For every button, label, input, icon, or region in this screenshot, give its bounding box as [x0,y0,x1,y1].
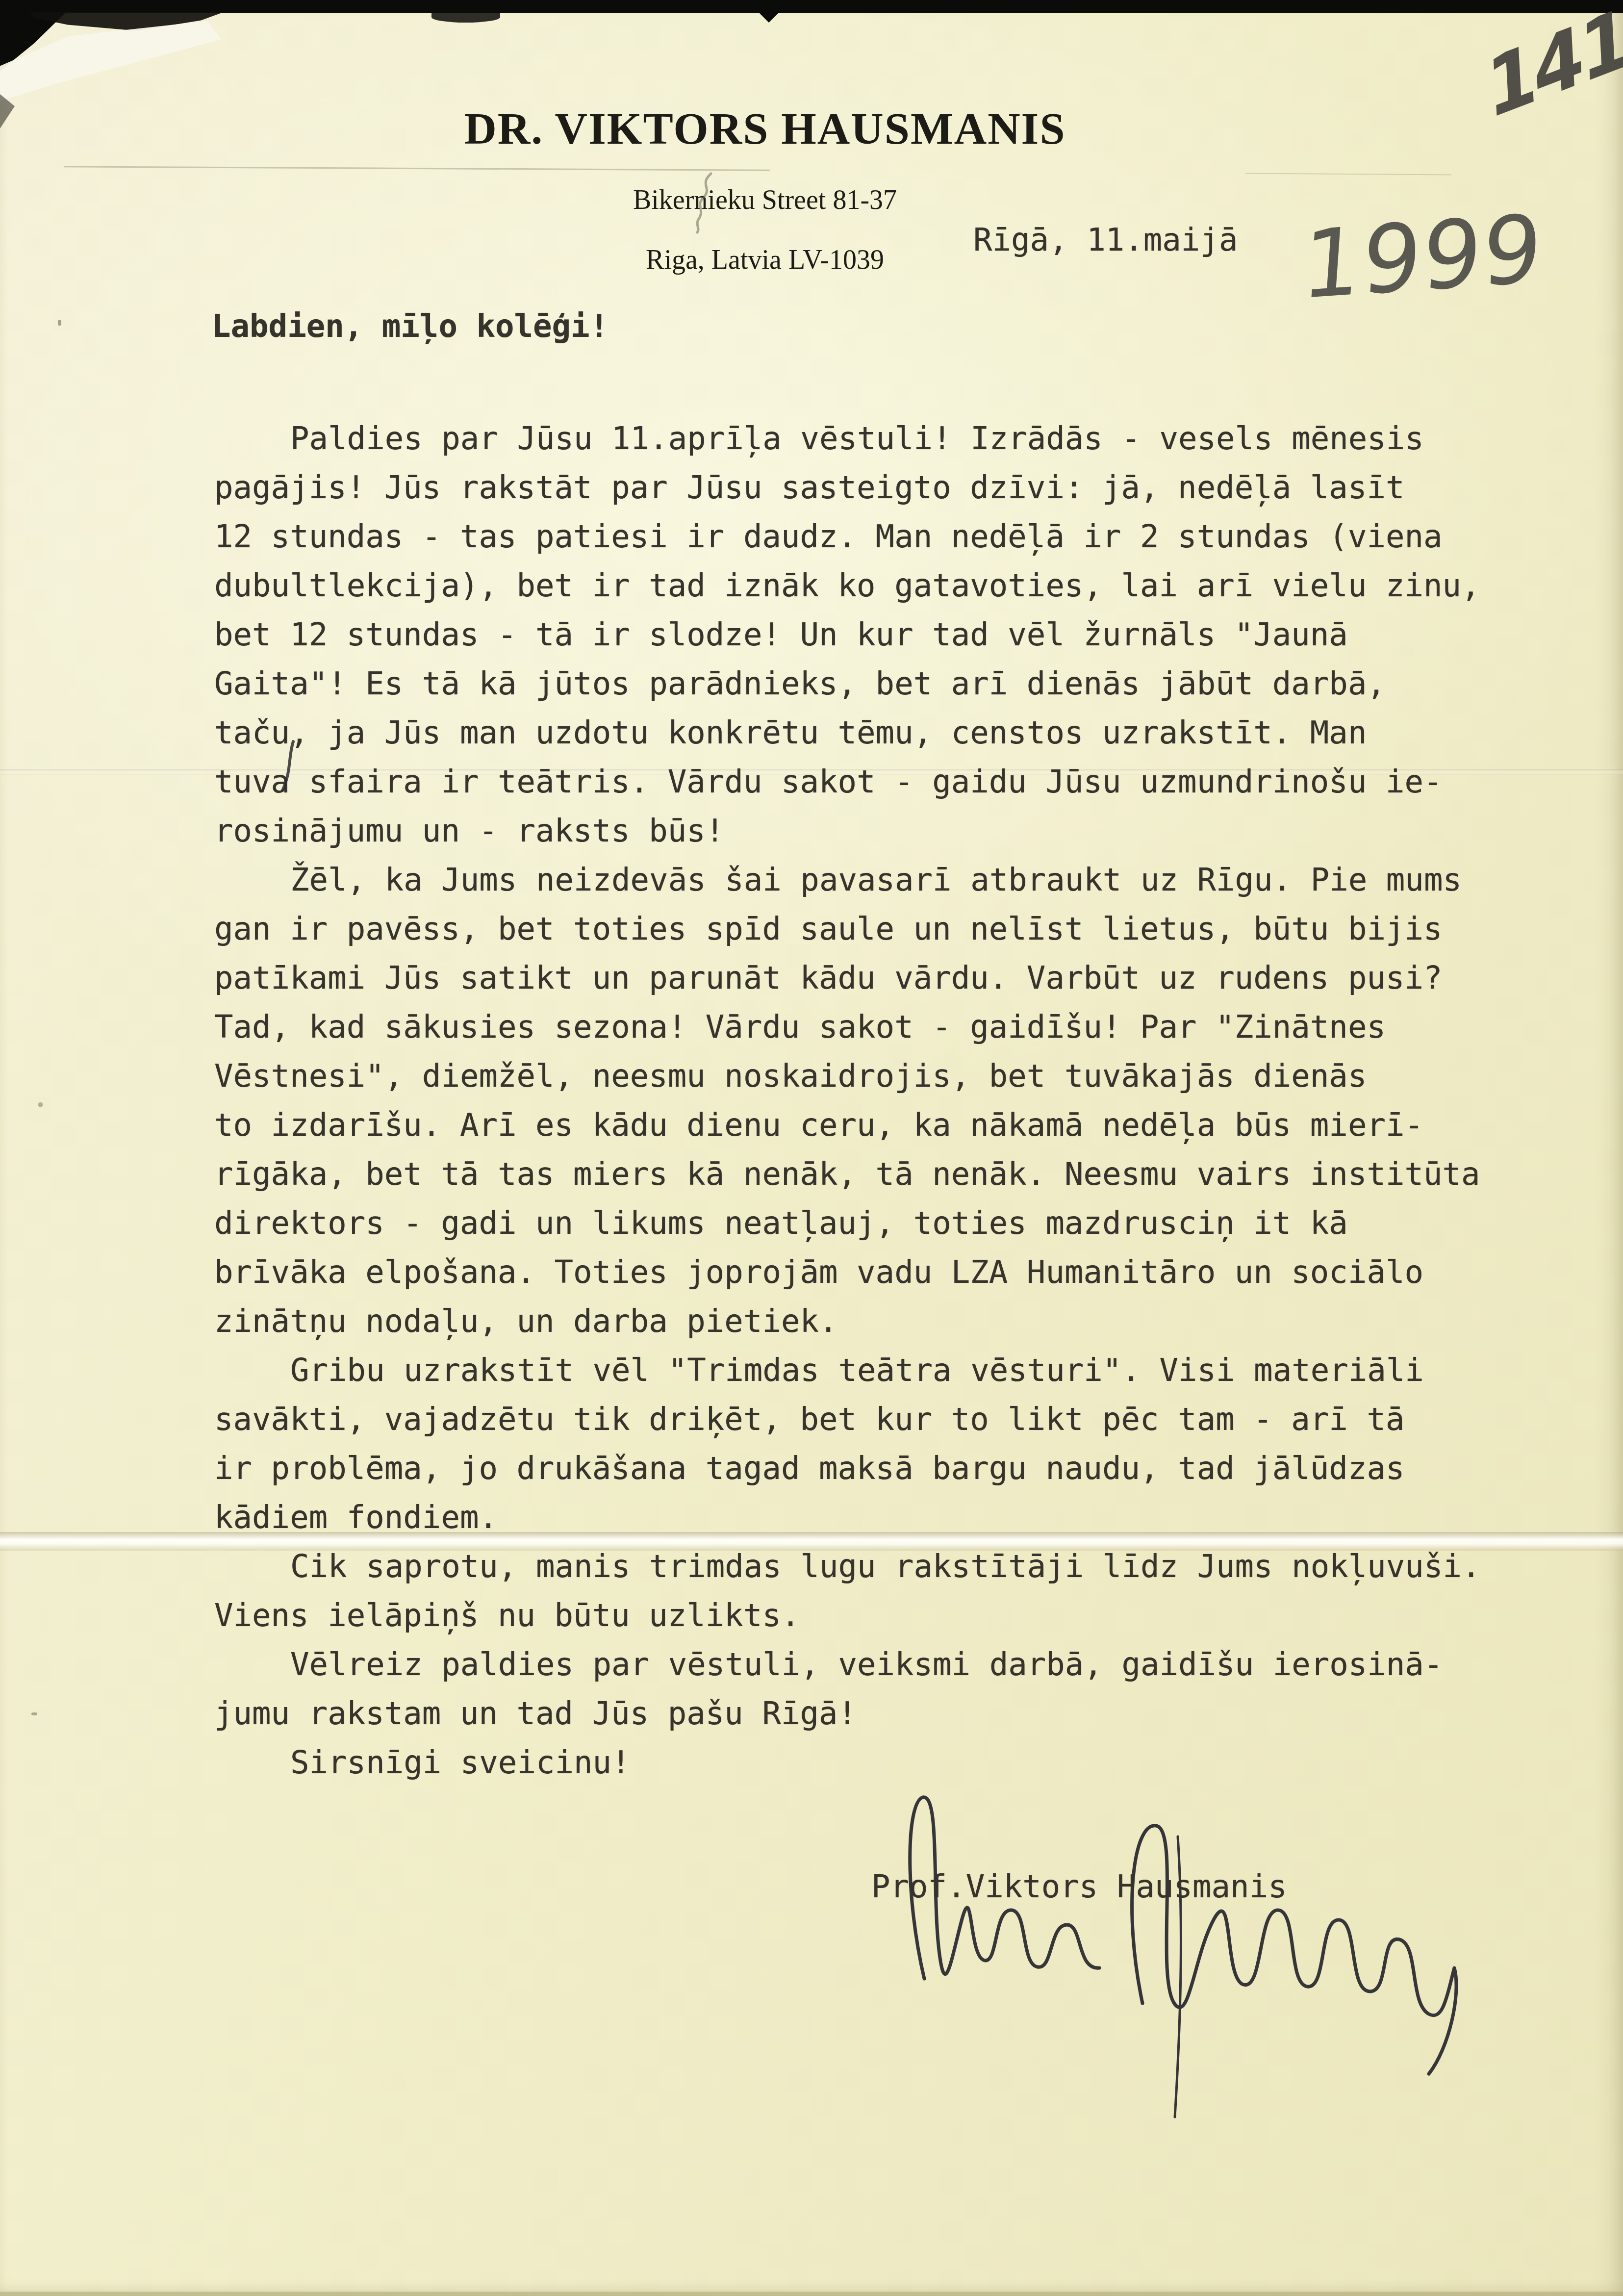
paragraph: Cik saprotu, manis trimdas lugu rakstītā… [214,1542,1528,1640]
letter-line: Paldies par Jūsu 11.aprīļa vēstuli! Izrā… [214,414,1528,463]
letter-line: pagājis! Jūs rakstāt par Jūsu sasteigto … [214,463,1528,512]
pencil-speck [31,1712,37,1715]
letter-line: direktors - gadi un likums neatļauj, tot… [214,1199,1528,1248]
letter-line: Tad, kad sākusies sezona! Vārdu sakot - … [214,1003,1528,1052]
handwritten-year: 1999 [1299,202,1546,313]
letter-line: Gaita"! Es tā kā jūtos parādnieks, bet a… [214,660,1528,709]
letterhead-address-line1: Bikernieku Street 81-37 [275,186,1255,214]
salutation: Labdien, mīļo kolēģi! [212,302,609,351]
pencil-speck [58,320,61,326]
pencil-smudge [685,171,730,234]
letter-line: rosinājumu un - raksts būs! [214,807,1528,856]
scan-top-edge [0,0,1623,13]
letter-line: 12 stundas - tas patiesi ir daudz. Man n… [214,512,1528,561]
letter-line: Gribu uzrakstīt vēl "Trimdas teātra vēst… [214,1346,1528,1395]
paragraph: Vēlreiz paldies par vēstuli, veiksmi dar… [214,1640,1528,1738]
paragraph: Žēl, ka Jums neizdevās šai pavasarī atbr… [214,856,1528,1346]
letter-line: jumu rakstam un tad Jūs pašu Rīgā! [214,1689,1528,1738]
paragraph: Gribu uzrakstīt vēl "Trimdas teātra vēst… [214,1346,1528,1542]
letter-line: brīvāka elpošana. Toties joprojām vadu L… [214,1248,1528,1297]
crease-line [1245,173,1451,176]
letter-line: Cik saprotu, manis trimdas lugu rakstītā… [214,1542,1528,1591]
letter-line: Vēlreiz paldies par vēstuli, veiksmi dar… [214,1640,1528,1689]
letter-line: patīkami Jūs satikt un parunāt kādu vārd… [214,954,1528,1003]
letter-line: kādiem fondiem. [214,1493,1528,1542]
date-line: Rīgā, 11.maijā [973,216,1238,265]
letter-line: tuva sfaira ir teātris. Vārdu sakot - ga… [214,758,1528,807]
letter-line: taču, ja Jūs man uzdotu konkrētu tēmu, c… [214,709,1528,758]
handwritten-comma-mark [280,740,300,793]
torn-edge-notch [759,13,779,23]
letter-line: zinātņu nodaļu, un darba pietiek. [214,1297,1528,1346]
letter-body: Paldies par Jūsu 11.aprīļa vēstuli! Izrā… [214,414,1528,1738]
paragraph: Paldies par Jūsu 11.aprīļa vēstuli! Izrā… [214,414,1528,856]
letter-line: Viens ielāpiņš nu būtu uzlikts. [214,1591,1528,1640]
closing: Sirsnīgi sveicinu! [214,1738,631,1787]
letter-line: rīgāka, bet tā tas miers kā nenāk, tā ne… [214,1150,1528,1199]
letter-line: Vēstnesi", diemžēl, neesmu noskaidrojis,… [214,1052,1528,1101]
pencil-speck [38,1102,43,1107]
letter-line: to izdarīšu. Arī es kādu dienu ceru, ka … [214,1101,1528,1150]
handwritten-signature [878,1748,1496,2131]
letter-line: ir problēma, jo drukāšana tagad maksā ba… [214,1444,1528,1493]
page-number-annotation: 141 [1485,0,1623,132]
scanned-letter-page: 141 DR. VIKTORS HAUSMANIS Bikernieku Str… [0,0,1623,2296]
letterhead-name: DR. VIKTORS HAUSMANIS [275,106,1255,151]
torn-edge-blob [431,12,500,23]
scan-bottom-edge [0,2292,1623,2296]
letter-line: Žēl, ka Jums neizdevās šai pavasarī atbr… [214,856,1528,905]
typed-signature-name: Prof.Viktors Hausmanis [871,1862,1287,1912]
letter-line: savākti, vajadzētu tik driķēt, bet kur t… [214,1395,1528,1444]
letter-line: bet 12 stundas - tā ir slodze! Un kur ta… [214,611,1528,660]
letter-line: dubultlekcija), bet ir tad iznāk ko gata… [214,561,1528,611]
scan-left-edge-mark [0,94,15,128]
letter-line: gan ir pavēss, bet toties spīd saule un … [214,905,1528,954]
